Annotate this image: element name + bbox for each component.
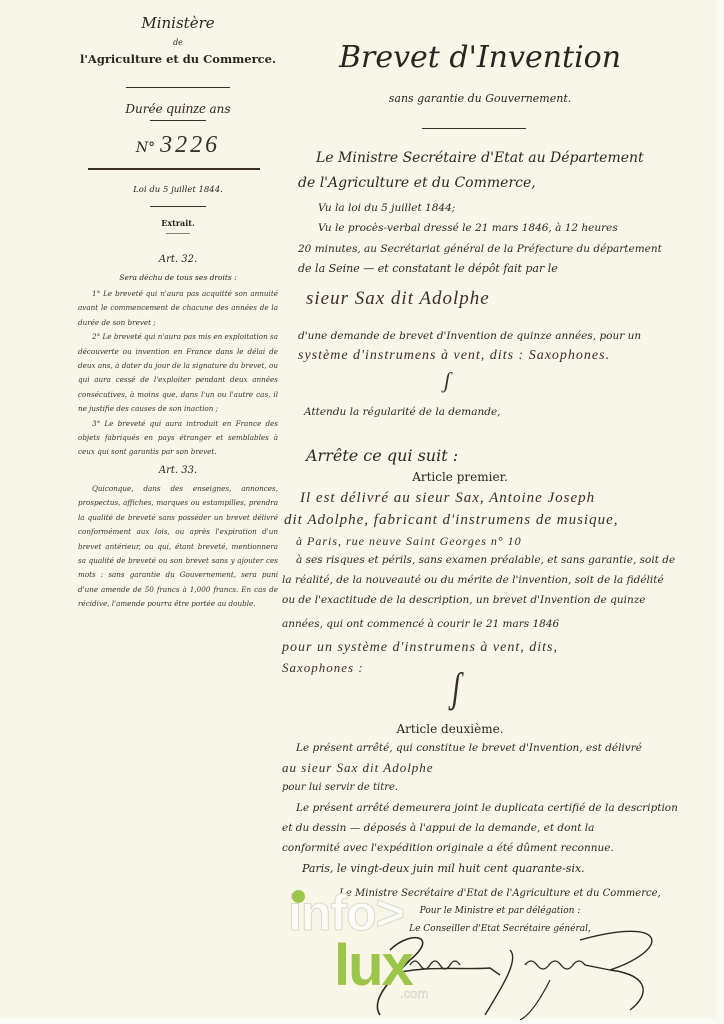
whereas-line: Attendu la régularité de la demande,	[304, 406, 501, 418]
article-2-title: Article deuxième.	[300, 722, 600, 736]
article-33-paragraph: Quiconque, dans des enseignes, annonces,…	[78, 482, 278, 612]
scan-edge-right	[716, 0, 724, 1024]
divider	[422, 128, 526, 129]
preamble-line: Vu la loi du 5 juillet 1844;	[318, 202, 455, 214]
divider	[150, 120, 206, 121]
article-1-line: à ses risques et périls, sans examen pré…	[296, 554, 675, 566]
law-reference: Loi du 5 juillet 1844.	[78, 185, 278, 195]
duration-unit: ans	[210, 102, 231, 116]
article-1-line: pour un système d'instrumens à vent, dit…	[282, 640, 558, 656]
ministry-de: de	[78, 38, 278, 47]
document-title: Brevet d'Invention	[300, 40, 660, 75]
article-1-line: à Paris, rue neuve Saint Georges n° 10	[296, 534, 522, 549]
article-32-paragraph: 3° Le breveté qui aura introduit en Fran…	[78, 417, 278, 460]
duration-label: Durée	[125, 102, 162, 116]
article-33-body: Quiconque, dans des enseignes, annonces,…	[78, 482, 278, 612]
flourish-mark: ʃ	[444, 368, 450, 394]
patent-number: 3226	[160, 132, 220, 158]
article-32-title: Art. 32.	[78, 254, 278, 265]
article-2-line: au sieur Sax dit Adolphe	[282, 760, 434, 776]
flourish-mark: ʃ	[452, 665, 461, 713]
invention-title: système d'instrumens à vent, dits : Saxo…	[298, 348, 610, 364]
article-2-line: Le présent arrêté, qui constitue le brev…	[296, 742, 642, 754]
date-line: Paris, le vingt-deux juin mil huit cent …	[302, 862, 585, 875]
article-2-line: conformité avec l'expédition originale a…	[282, 842, 614, 854]
preamble-line: 20 minutes, au Secrétariat général de la…	[298, 243, 662, 255]
applicant-name: sieur Sax dit Adolphe	[306, 288, 490, 310]
article-1-line: la réalité, de la nouveauté ou du mérite…	[282, 574, 664, 586]
article-33-title: Art. 33.	[78, 465, 278, 476]
article-1-title: Article premier.	[300, 470, 620, 484]
preamble-line: de l'Agriculture et du Commerce,	[298, 175, 536, 191]
article-2-line: Le présent arrêté demeurera joint le dup…	[296, 802, 678, 814]
watermark-com: .com	[400, 986, 428, 1001]
ministry-name: l'Agriculture et du Commerce.	[78, 52, 278, 66]
preamble-line: Vu le procès-verbal dressé le 21 mars 18…	[318, 222, 618, 234]
duration-value: quinze	[167, 101, 206, 117]
article-2-line: et du dessin — déposés à l'appui de la d…	[282, 822, 594, 834]
article-1-line: ou de l'exactitude de la description, un…	[282, 594, 646, 606]
article-32-paragraph: 2° Le breveté qui n'aura pas mis en expl…	[78, 330, 278, 416]
article-1-line: Saxophones :	[282, 660, 364, 676]
ministry-heading: Ministère	[78, 14, 278, 32]
preamble-line: de la Seine — et constatant le dépôt fai…	[298, 262, 558, 275]
divider	[126, 87, 230, 88]
number-prefix: N°	[136, 140, 155, 156]
decree-heading: Arrête ce qui suit :	[306, 446, 458, 465]
article-32-body: 1° Le breveté qui n'aura pas acquitté so…	[78, 287, 278, 460]
patent-number-block: N° 3226	[78, 132, 278, 159]
article-32-paragraph: 1° Le breveté qui n'aura pas acquitté so…	[78, 287, 278, 330]
watermark-logo: info> lux .com	[288, 876, 448, 1016]
watermark-dot-icon	[292, 890, 305, 903]
divider	[150, 206, 206, 207]
preamble-line: Le Ministre Secrétaire d'Etat au Départe…	[316, 150, 644, 166]
article-2-line: pour lui servir de titre.	[282, 782, 398, 793]
duration: Durée quinze ans	[78, 101, 278, 118]
article-32-intro: Sera déchu de tous ses droits :	[78, 273, 278, 282]
divider	[166, 233, 190, 234]
document-subtitle: sans garantie du Gouvernement.	[300, 92, 660, 105]
divider	[88, 168, 260, 170]
article-1-line: Il est délivré au sieur Sax, Antoine Jos…	[300, 490, 595, 507]
article-1-line: années, qui ont commencé à courir le 21 …	[282, 618, 559, 630]
article-1-line: dit Adolphe, fabricant d'instrumens de m…	[284, 512, 619, 529]
extract-label: Extrait.	[78, 218, 278, 228]
preamble-line: d'une demande de brevet d'Invention de q…	[298, 330, 641, 342]
